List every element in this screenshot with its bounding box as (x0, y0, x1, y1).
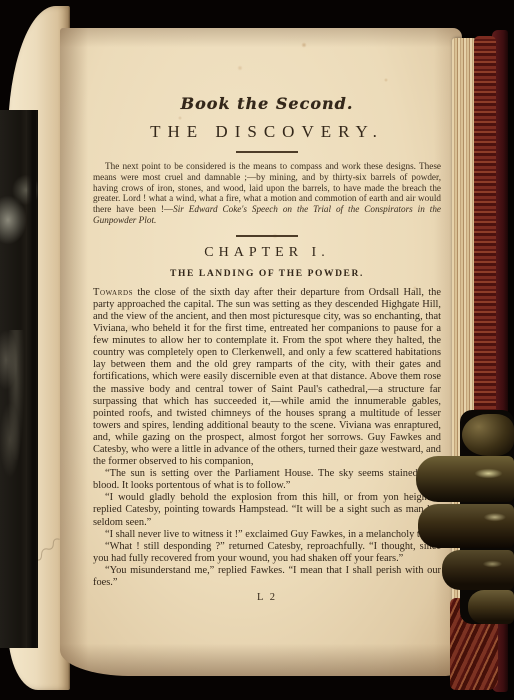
book-heading: Book the Second. (93, 94, 441, 113)
finger (418, 504, 514, 548)
section-title: THE DISCOVERY. (93, 122, 441, 142)
chapter-heading: CHAPTER I. (93, 245, 441, 261)
epigraph: The next point to be considered is the m… (93, 161, 441, 226)
divider-rule (236, 235, 298, 237)
body-paragraph: “I would gladly behold the explosion fro… (93, 492, 441, 528)
thumb-knuckle (462, 414, 514, 456)
signature-mark: L 2 (93, 592, 441, 603)
body-paragraph: “I shall never live to witness it !” exc… (93, 529, 441, 541)
engraving-figure (8, 330, 24, 460)
finger (468, 590, 514, 624)
body-paragraphs: Towards the close of the sixth day after… (93, 287, 441, 589)
frontispiece-engraving (0, 110, 38, 648)
body-paragraph: “What ! still desponding ?” returned Cat… (93, 541, 441, 565)
engraving-tree-trunk (27, 110, 36, 648)
hand-fingers (416, 410, 514, 628)
finger (442, 550, 514, 590)
finger (416, 456, 514, 502)
printed-text: Book the Second. THE DISCOVERY. The next… (93, 94, 441, 603)
body-paragraph: Towards the close of the sixth day after… (93, 287, 441, 468)
book-photo: Book the Second. THE DISCOVERY. The next… (0, 0, 514, 700)
chapter-subtitle: THE LANDING OF THE POWDER. (93, 269, 441, 279)
body-paragraph: “The sun is setting over the Parliament … (93, 468, 441, 492)
divider-rule (236, 151, 298, 153)
body-paragraph: “You misunderstand me,” replied Fawkes. … (93, 565, 441, 589)
